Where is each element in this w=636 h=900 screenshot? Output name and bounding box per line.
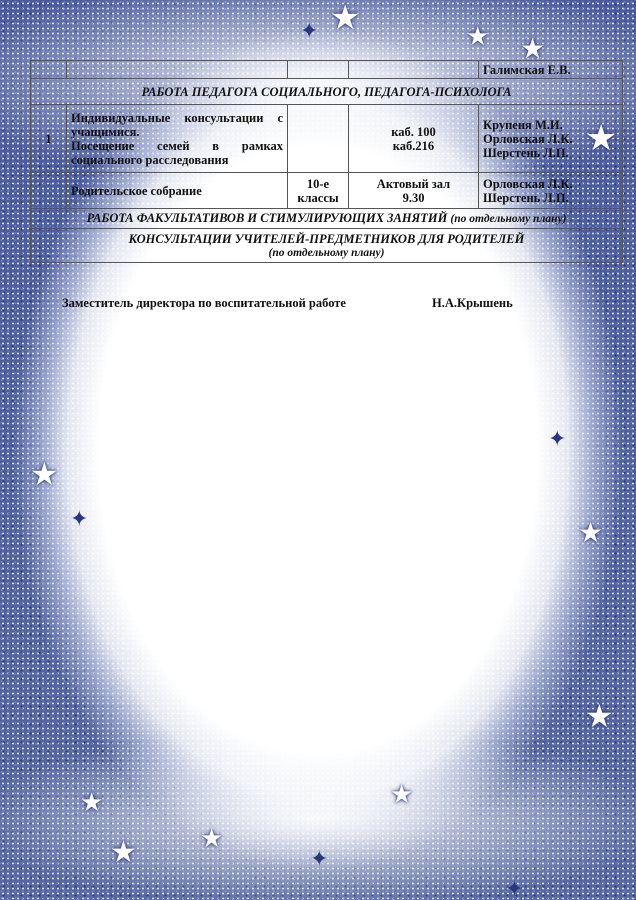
place-line: 9.30 <box>353 191 474 205</box>
signature-position: Заместитель директора по воспитательной … <box>62 296 346 310</box>
responsible-line: Орловская Л.К. <box>483 177 618 191</box>
cell-participants <box>288 61 349 79</box>
cell-participants <box>288 105 349 173</box>
section-row: КОНСУЛЬТАЦИИ УЧИТЕЛЕЙ-ПРЕДМЕТНИКОВ ДЛЯ Р… <box>31 229 623 263</box>
event-line: Посещение семей в рамках социального рас… <box>71 139 283 167</box>
cell-participants: 10-е классы <box>288 173 349 209</box>
star-icon: ★ <box>585 700 614 732</box>
table-row: Родительское собрание 10-е классы Актовы… <box>31 173 623 209</box>
table-row: Галимская Е.В. <box>31 61 623 79</box>
cell-place-time: Актовый зал 9.30 <box>349 173 479 209</box>
cell-place-time: каб. 100 каб.216 <box>349 105 479 173</box>
event-line: Индивидуальные консультации с учащимися. <box>71 111 283 139</box>
responsible-line: Орловская Л.К. <box>483 132 618 146</box>
cell-responsible: Галимская Е.В. <box>479 61 623 79</box>
star-icon: ★ <box>30 458 59 490</box>
place-line: каб.216 <box>353 139 474 153</box>
star-icon: ★ <box>200 826 223 852</box>
star-icon: ★ <box>110 838 137 868</box>
sparkle-icon: ✦ <box>310 848 328 870</box>
star-icon: ★ <box>390 782 413 808</box>
cell-place-time <box>349 61 479 79</box>
cell-event: Родительское собрание <box>67 173 288 209</box>
participants-line: 10-е <box>292 177 344 191</box>
participants-line: классы <box>292 191 344 205</box>
cell-num <box>31 61 67 79</box>
cell-responsible: Крупеня М.И. Орловская Л.К. Шерстень Л.П… <box>479 105 623 173</box>
responsible-line: Шерстень Л.П. <box>483 146 618 160</box>
signature-name: Н.А.Крышень <box>432 296 513 311</box>
star-icon: ★ <box>80 790 103 816</box>
sparkle-icon: ✦ <box>548 428 566 450</box>
cell-num: 1 <box>31 105 67 173</box>
responsible-line: Шерстень Л.П. <box>483 191 618 205</box>
section-note: (по отдельному плану) <box>35 246 618 260</box>
section-title-social-pedagogue: РАБОТА ПЕДАГОГА СОЦИАЛЬНОГО, ПЕДАГОГА-ПС… <box>31 79 623 105</box>
sparkle-icon: ✦ <box>300 20 318 42</box>
cell-event <box>67 61 288 79</box>
star-icon: ★ <box>578 520 603 548</box>
section-note: (по отдельному плану) <box>450 213 566 225</box>
section-title-electives: РАБОТА ФАКУЛЬТАТИВОВ И СТИМУЛИРУЮЩИХ ЗАН… <box>87 211 448 225</box>
schedule-table: Галимская Е.В. РАБОТА ПЕДАГОГА СОЦИАЛЬНО… <box>30 60 623 263</box>
table-row: 1 Индивидуальные консультации с учащимис… <box>31 105 623 173</box>
responsible-line: Крупеня М.И. <box>483 118 618 132</box>
section-electives: РАБОТА ФАКУЛЬТАТИВОВ И СТИМУЛИРУЮЩИХ ЗАН… <box>31 209 623 229</box>
place-line: каб. 100 <box>353 125 474 139</box>
cell-event: Индивидуальные консультации с учащимися.… <box>67 105 288 173</box>
sparkle-icon: ✦ <box>505 878 523 900</box>
cell-responsible: Орловская Л.К. Шерстень Л.П. <box>479 173 623 209</box>
star-icon: ★ <box>466 24 489 50</box>
section-title-teacher-consultations: КОНСУЛЬТАЦИИ УЧИТЕЛЕЙ-ПРЕДМЕТНИКОВ ДЛЯ Р… <box>35 232 618 246</box>
sparkle-icon: ✦ <box>70 508 88 530</box>
section-row: РАБОТА ПЕДАГОГА СОЦИАЛЬНОГО, ПЕДАГОГА-ПС… <box>31 79 623 105</box>
document-table-container: Галимская Е.В. РАБОТА ПЕДАГОГА СОЦИАЛЬНО… <box>30 60 622 263</box>
place-line: Актовый зал <box>353 177 474 191</box>
star-icon: ★ <box>330 2 360 36</box>
signature-block: Заместитель директора по воспитательной … <box>62 296 582 311</box>
section-teacher-consultations: КОНСУЛЬТАЦИИ УЧИТЕЛЕЙ-ПРЕДМЕТНИКОВ ДЛЯ Р… <box>31 229 623 263</box>
cell-num <box>31 173 67 209</box>
section-row: РАБОТА ФАКУЛЬТАТИВОВ И СТИМУЛИРУЮЩИХ ЗАН… <box>31 209 623 229</box>
